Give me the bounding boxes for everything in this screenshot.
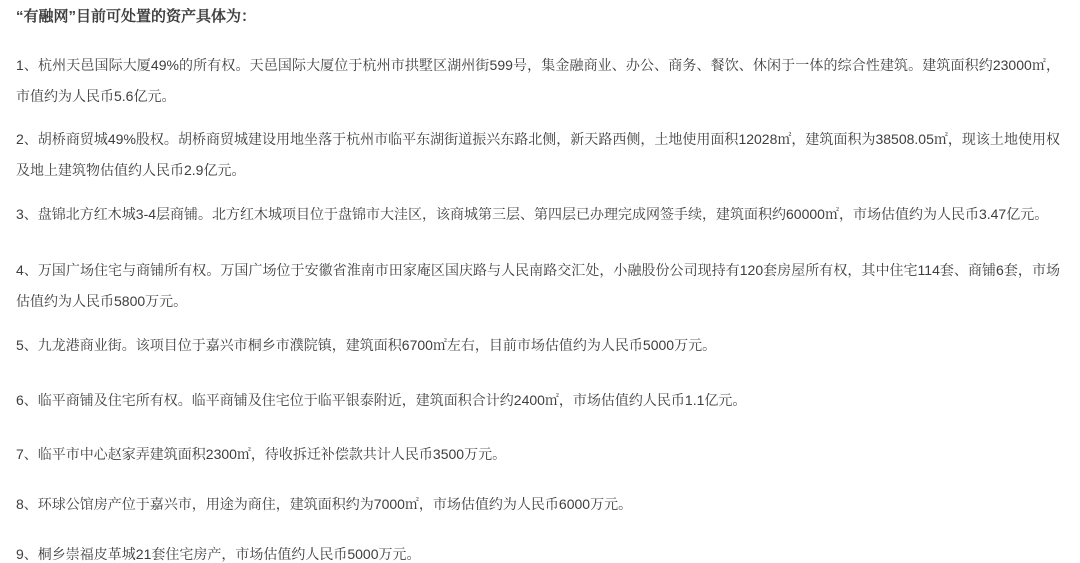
asset-item-1: 1、杭州天邑国际大厦49%的所有权。天邑国际大厦位于杭州市拱墅区湖州街599号，… (16, 50, 1060, 112)
article-body: “有融网”目前可处置的资产具体为： 1、杭州天邑国际大厦49%的所有权。天邑国际… (0, 0, 1080, 563)
article-title: “有融网”目前可处置的资产具体为： (16, 1, 1060, 32)
asset-item-7: 7、临平市中心赵家弄建筑面积2300㎡，待收拆迁补偿款共计人民币3500万元。 (16, 439, 1060, 470)
asset-item-4: 4、万国广场住宅与商铺所有权。万国广场位于安徽省淮南市田家庵区国庆路与人民南路交… (16, 255, 1060, 317)
asset-item-3: 3、盘锦北方红木城3-4层商铺。北方红木城项目位于盘锦市大洼区，该商城第三层、第… (16, 199, 1060, 230)
asset-item-9: 9、桐乡崇福皮革城21套住宅房产，市场估值约人民币5000万元。 (16, 539, 1060, 563)
asset-item-6: 6、临平商铺及住宅所有权。临平商铺及住宅位于临平银泰附近，建筑面积合计约2400… (16, 385, 1060, 416)
asset-item-5: 5、九龙港商业街。该项目位于嘉兴市桐乡市濮院镇，建筑面积6700㎡左右，目前市场… (16, 330, 1060, 361)
asset-item-2: 2、胡桥商贸城49%股权。胡桥商贸城建设用地坐落于杭州市临平东湖街道振兴东路北侧… (16, 124, 1060, 186)
asset-item-8: 8、环球公馆房产位于嘉兴市，用途为商住，建筑面积约为7000㎡，市场估值约为人民… (16, 489, 1060, 520)
